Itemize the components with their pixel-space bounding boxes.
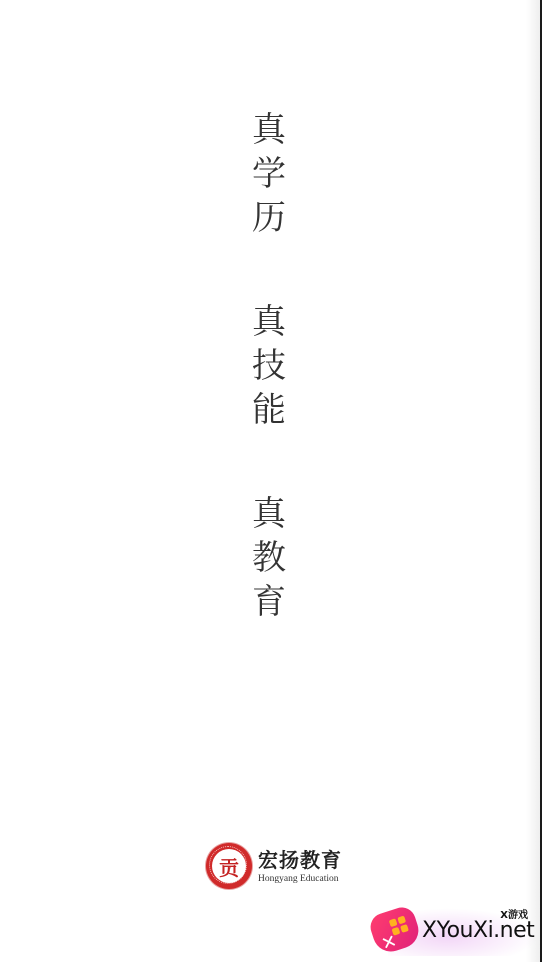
- seal-char: 贡: [212, 849, 246, 883]
- slogan-char: 能: [252, 388, 286, 432]
- slogan-char: 真: [252, 300, 286, 344]
- site-watermark: ✕ X游戏 XYouXi.net: [368, 900, 540, 960]
- brand-name-cn: 宏扬教育: [258, 848, 342, 872]
- slogan-char: 教: [252, 536, 286, 580]
- seal-logo-icon: 贡: [206, 843, 252, 889]
- watermark-main-text: XYouXi.net: [422, 918, 534, 943]
- slogan-char: 技: [252, 344, 286, 388]
- slogan-char: 学: [252, 152, 286, 196]
- brand-name-en: Hongyang Education: [258, 873, 342, 885]
- slogan-char: 真: [252, 492, 286, 536]
- screen-edge-shade: [526, 0, 540, 962]
- brand-logo: 贡 宏扬教育 Hongyang Education: [206, 843, 342, 889]
- slogan-real-skills: 真 技 能: [250, 300, 288, 432]
- slogan-char: 真: [252, 108, 286, 152]
- slogan-char: 历: [252, 196, 286, 240]
- slogan-real-education: 真 教 育: [250, 492, 288, 624]
- slogan-real-degree: 真 学 历: [250, 108, 288, 240]
- brand-name: 宏扬教育 Hongyang Education: [258, 848, 342, 885]
- slogan-char: 育: [252, 580, 286, 624]
